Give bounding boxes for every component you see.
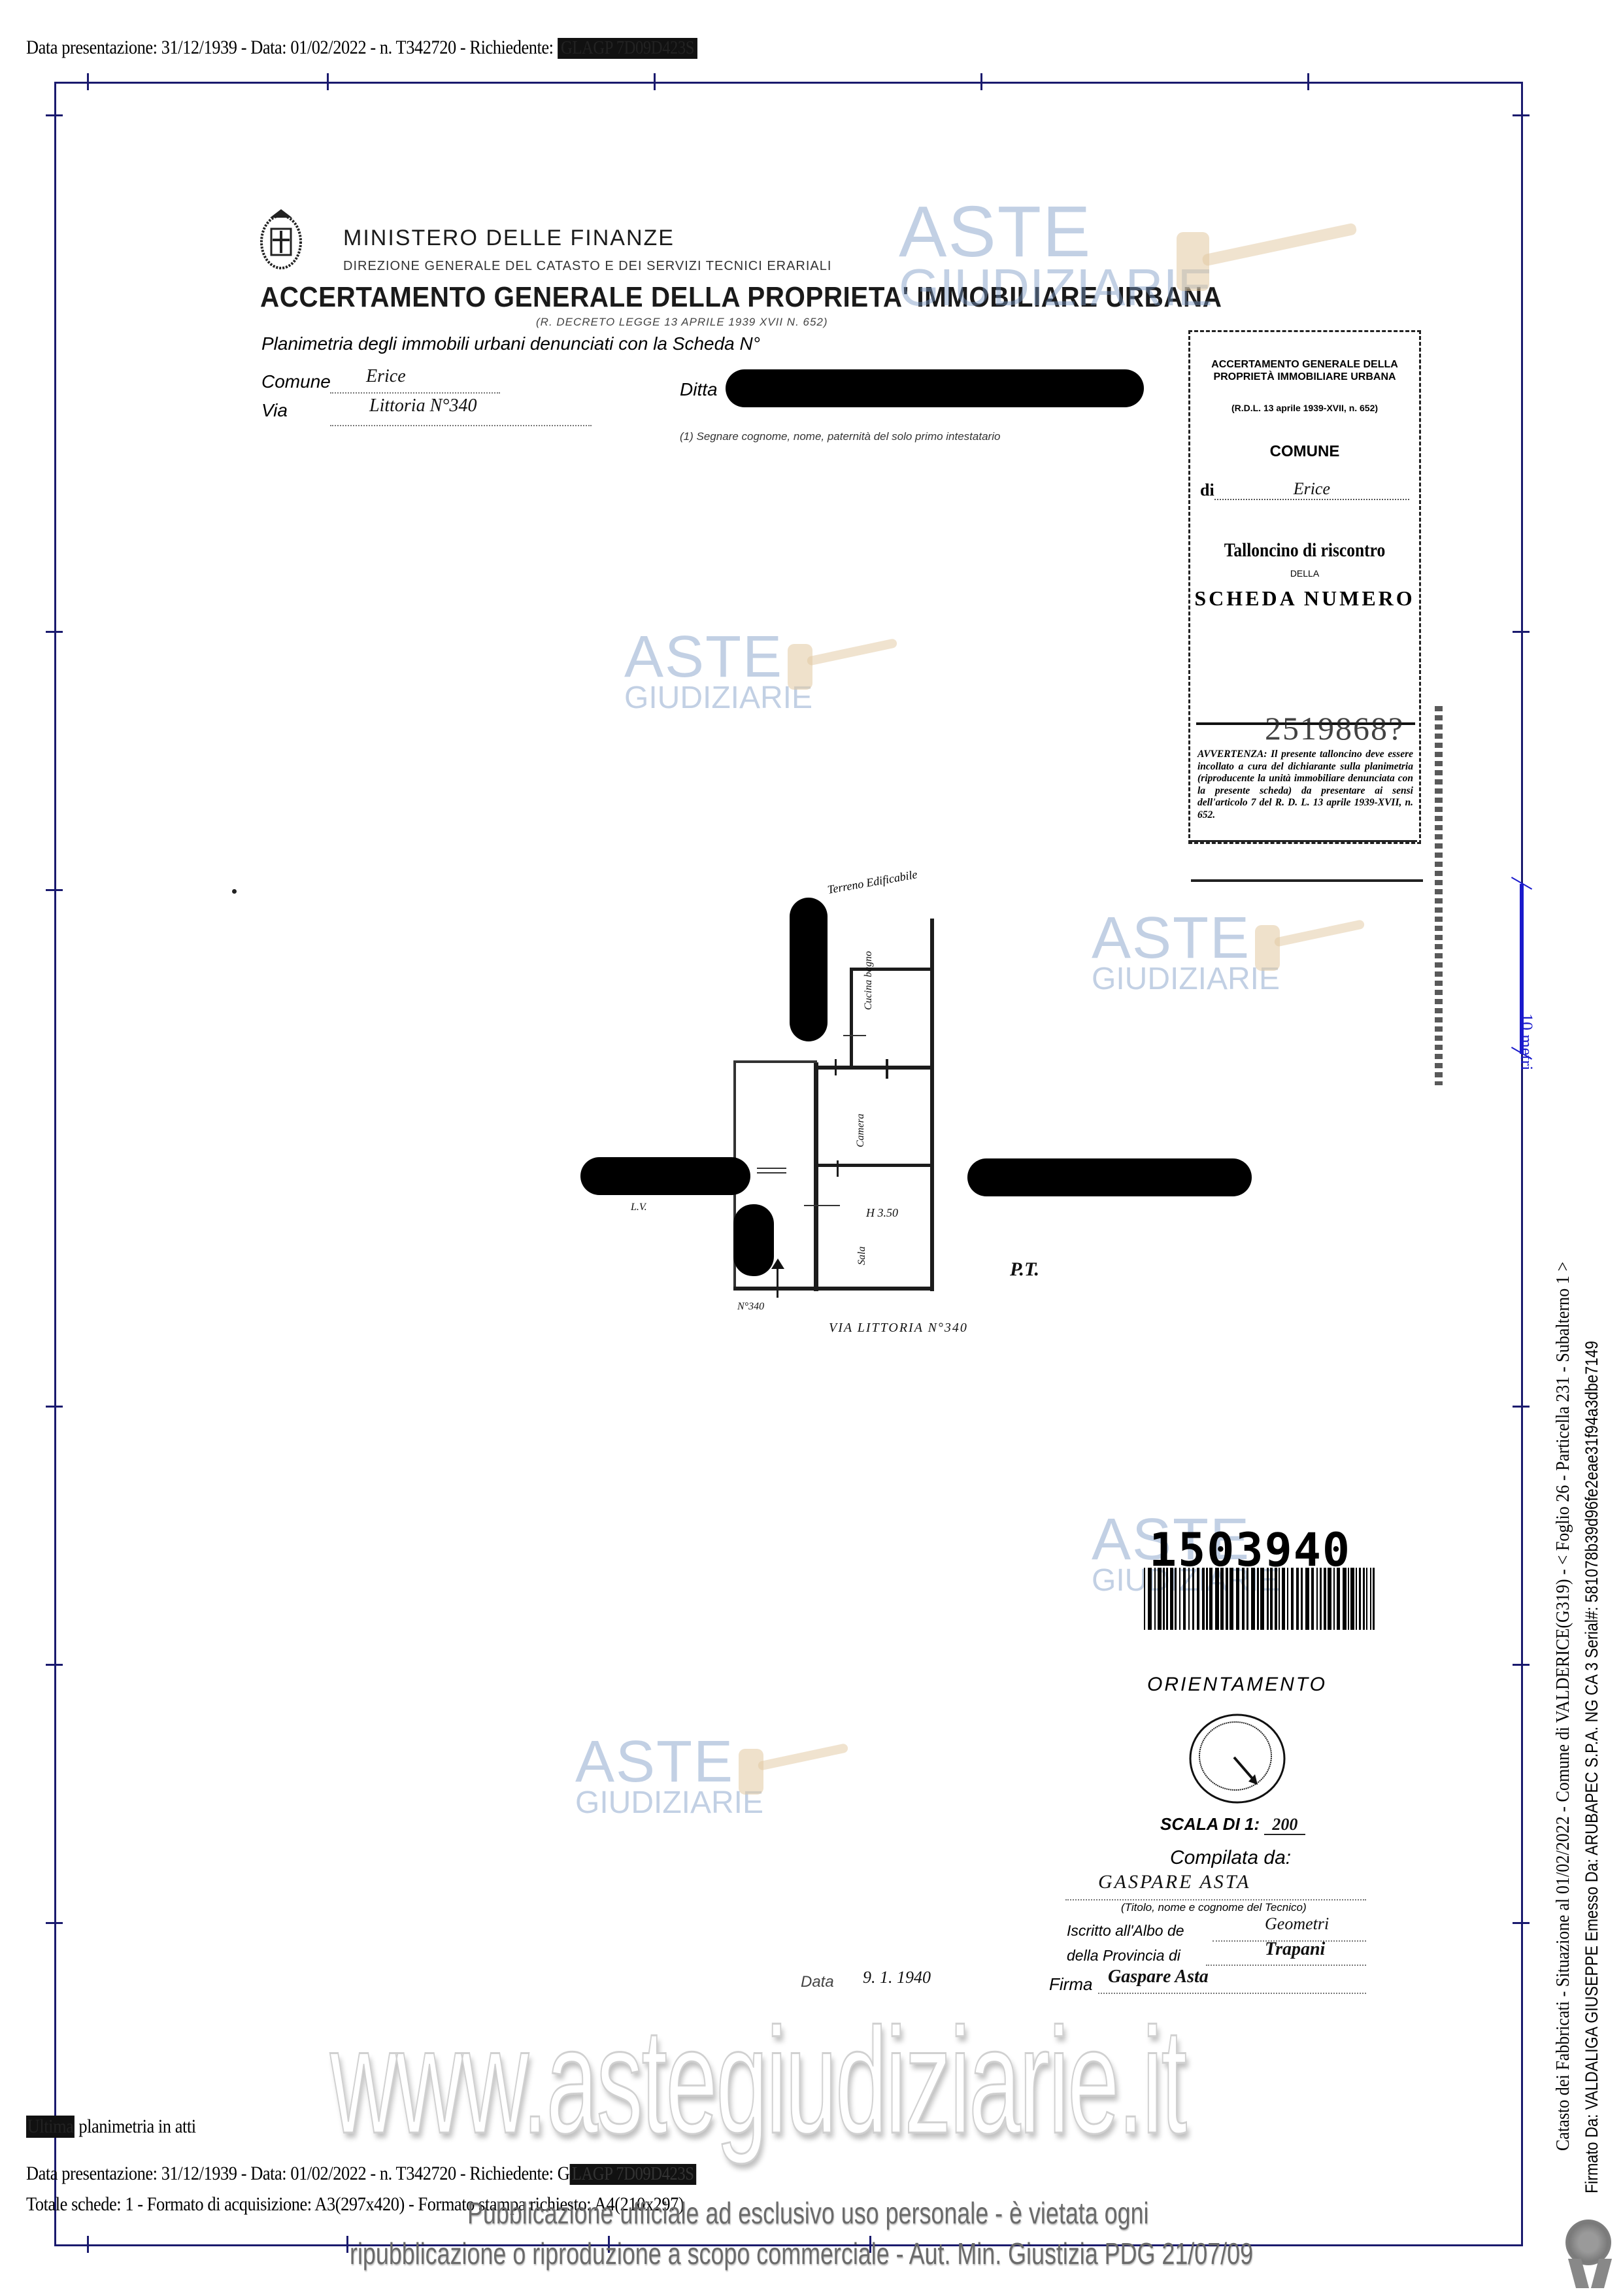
barcode-bar <box>1275 1568 1277 1630</box>
via-label: Via <box>261 400 288 421</box>
scale-bar-label: 10 metri <box>1516 1013 1536 1070</box>
frame-tick <box>46 1922 63 1924</box>
barcode-bar <box>1267 1568 1269 1630</box>
frame-tick <box>1513 1922 1530 1924</box>
wall <box>733 1287 933 1291</box>
floor-label: P.T. <box>1010 1258 1039 1281</box>
barcode-bar <box>1373 1568 1375 1630</box>
watermark-giudiziarie: GIUDIZIARIE <box>899 264 1213 311</box>
stamp-della: DELLA <box>1190 568 1419 579</box>
stamp-scheda-numero: SCHEDA NUMERO <box>1190 586 1419 611</box>
planimetria-label: Planimetria degli immobili urbani denunc… <box>261 333 760 354</box>
barcode-bar <box>1311 1568 1314 1630</box>
barcode-bar <box>1337 1568 1340 1630</box>
barcode-bar <box>1175 1568 1177 1630</box>
barcode-bar <box>1220 1568 1224 1630</box>
technician-name: GASPARE ASTA <box>1098 1871 1251 1893</box>
barcode-bar <box>1320 1568 1322 1630</box>
entrance-arrowhead-icon <box>771 1258 784 1269</box>
plan-status-text: planimetria in atti <box>78 2116 195 2137</box>
comune-label: Comune <box>261 371 331 392</box>
footer-line-1: Data presentazione: 31/12/1939 - Data: 0… <box>26 2163 696 2185</box>
comune-line <box>330 392 500 394</box>
barcode-bar <box>1188 1568 1190 1630</box>
watermark-aste: ASTE <box>575 1736 763 1789</box>
frame-tick <box>46 1664 63 1666</box>
barcode-bar <box>1343 1568 1347 1630</box>
room-label-camera: Camera <box>855 1113 867 1147</box>
barcode-bar <box>1197 1568 1199 1630</box>
street-label: VIA LITTORIA N°340 <box>829 1321 968 1336</box>
header-info: Data presentazione: 31/12/1939 - Data: 0… <box>26 37 697 59</box>
barcode-bar <box>1251 1568 1255 1630</box>
aste-watermark-logo: ASTE GIUDIZIARIE <box>624 631 812 712</box>
digital-signature-info: Firmato Da: VALDALIGA GIUSEPPE Emesso Da… <box>1582 1341 1602 2193</box>
frame-tick <box>1513 1664 1530 1666</box>
stamp-heading-2: PROPRIETÀ IMMOBILIARE URBANA <box>1190 371 1419 383</box>
stair-mark <box>757 1172 786 1173</box>
redacted-status: Ultima <box>26 2116 75 2138</box>
barcode-bar <box>1236 1568 1239 1630</box>
redaction-mark <box>967 1158 1252 1196</box>
barcode-bar <box>1366 1568 1367 1630</box>
technician-caption: (Titolo, nome e cognome del Tecnico) <box>1121 1901 1307 1914</box>
footer-redacted: LAGP 7D09D423S <box>569 2164 696 2185</box>
barcode-bar <box>1154 1568 1156 1630</box>
barcode-bar <box>1356 1568 1357 1630</box>
room-label-cucina: Cucina bagno <box>863 951 875 1010</box>
aste-watermark-logo: ASTE GIUDIZIARIE <box>899 199 1213 311</box>
barcode-bar <box>1363 1568 1365 1630</box>
barcode-bar <box>1316 1568 1318 1630</box>
barcode-bar <box>1230 1568 1233 1630</box>
footer-line-1-text: Data presentazione: 31/12/1939 - Data: 0… <box>26 2163 569 2184</box>
barcode-bar <box>1148 1568 1152 1630</box>
barcode-bar <box>1192 1568 1194 1630</box>
gavel-icon <box>1255 925 1280 971</box>
watermark-aste: ASTE <box>1092 912 1280 965</box>
cadastral-info: Catasto dei Fabbricati - Situazione al 0… <box>1552 1262 1574 2151</box>
watermark-aste: ASTE <box>899 199 1213 264</box>
stamp-lower-line <box>1191 879 1423 882</box>
frame-tick <box>87 73 89 90</box>
frame-tick <box>46 631 63 633</box>
barcode-bar <box>1296 1568 1299 1630</box>
barcode-bar <box>1242 1568 1245 1630</box>
barcode-bar <box>1370 1568 1371 1630</box>
barcode-bar <box>1359 1568 1361 1630</box>
stamp-di-label: di <box>1200 481 1214 500</box>
redaction-mark <box>733 1204 774 1276</box>
firma-label: Firma <box>1049 1974 1092 1995</box>
barcode-bar <box>1247 1568 1248 1630</box>
frame-tick <box>1307 73 1309 90</box>
wall <box>930 919 934 1291</box>
barcode-bar <box>1179 1568 1180 1630</box>
stamp-decree: (R.D.L. 13 aprile 1939-XVII, n. 652) <box>1190 403 1419 413</box>
wall <box>814 1062 818 1291</box>
technician-line <box>1065 1899 1366 1900</box>
scale-label: SCALA DI 1: 200 <box>1160 1814 1305 1834</box>
barcode-bar <box>1260 1568 1264 1630</box>
data-value: 9. 1. 1940 <box>863 1968 931 1987</box>
room-height-note: H 3.50 <box>866 1206 898 1220</box>
barcode-bar <box>1291 1568 1294 1630</box>
watermark-giudiziarie: GIUDIZIARIE <box>1092 965 1280 993</box>
redaction-mark <box>790 898 828 1041</box>
provincia-line <box>1206 1965 1366 1966</box>
watermark-giudiziarie: GIUDIZIARIE <box>575 1789 763 1817</box>
barcode-bar <box>1324 1568 1326 1630</box>
provincia-value: Trapani <box>1265 1939 1325 1960</box>
ministry-emblem-icon <box>258 206 304 271</box>
stair-mark <box>757 1168 786 1169</box>
stamp-heading-1: ACCERTAMENTO GENERALE DELLA <box>1190 358 1419 371</box>
barcode-bar <box>1170 1568 1173 1630</box>
redacted-requester: GLAGP 7D09D423S <box>558 38 698 59</box>
frame-tick <box>87 2236 89 2253</box>
frame-tick <box>46 1406 63 1408</box>
footnote-text: (1) Segnare cognome, nome, paternità del… <box>680 430 1000 443</box>
aste-watermark-logo: ASTE GIUDIZIARIE <box>1092 912 1280 993</box>
compass-icon <box>1188 1713 1286 1804</box>
barcode-bar <box>1163 1568 1165 1630</box>
room-label-sala: Sala <box>856 1247 868 1265</box>
publication-notice-1: Pubblicazione ufficiale ad esclusivo uso… <box>467 2195 1149 2231</box>
gavel-icon <box>739 1749 763 1795</box>
aste-watermark-logo: ASTE GIUDIZIARIE <box>575 1736 763 1817</box>
entrance-label: N°340 <box>737 1301 764 1313</box>
scan-dot <box>232 889 237 894</box>
gavel-icon <box>788 644 812 690</box>
albo-label: Iscritto all'Albo de <box>1067 1922 1184 1940</box>
barcode-bar <box>1215 1568 1219 1630</box>
frame-tick <box>346 2236 348 2253</box>
compilata-label: Compilata da: <box>1170 1847 1291 1869</box>
provincia-label: della Provincia di <box>1067 1947 1180 1965</box>
ministry-name: MINISTERO DELLE FINANZE <box>343 226 675 251</box>
wall <box>818 1164 933 1167</box>
frame-tick <box>654 73 656 90</box>
door-mark <box>837 1160 839 1177</box>
barcode-bar <box>1279 1568 1280 1630</box>
frame-tick <box>46 889 63 891</box>
via-line <box>330 425 592 426</box>
plan-status: Ultima planimetria in atti <box>26 2116 196 2138</box>
scan-edge-shadow <box>1435 706 1443 1085</box>
stamp-bottom-border <box>1188 840 1417 842</box>
frame-tick <box>980 73 982 90</box>
door-mark <box>835 1059 837 1075</box>
stamp-comune-label: COMUNE <box>1190 443 1419 461</box>
barcode <box>1144 1568 1376 1630</box>
frame-tick <box>46 114 63 116</box>
firma-value: Gaspare Asta <box>1108 1967 1209 1987</box>
stamp-number: 2519868? <box>1265 709 1404 747</box>
frame-tick <box>327 73 329 90</box>
barcode-bar <box>1301 1568 1303 1630</box>
barcode-bar <box>1305 1568 1309 1630</box>
scale-value: 200 <box>1264 1815 1305 1835</box>
publication-notice-2: ripubblicazione o riproduzione a scopo c… <box>350 2236 1253 2271</box>
barcode-bar <box>1270 1568 1273 1630</box>
frame-tick <box>1513 114 1530 116</box>
barcode-bar <box>1287 1568 1288 1630</box>
wall <box>850 968 853 1067</box>
orientation-title: ORIENTAMENTO <box>1147 1674 1327 1696</box>
barcode-bar <box>1166 1568 1168 1630</box>
via-value: Littoria N°340 <box>369 396 477 416</box>
stamp-di-value: Erice <box>1214 479 1409 500</box>
albo-value: Geometri <box>1265 1914 1329 1934</box>
barcode-bar <box>1183 1568 1186 1630</box>
stamp-avvertenza: AVVERTENZA: Il presente talloncino deve … <box>1197 749 1413 822</box>
scale-label-text: SCALA DI 1: <box>1160 1814 1260 1834</box>
wall <box>814 1066 933 1070</box>
barcode-bar <box>1158 1568 1162 1630</box>
plan-left-mark: L.V. <box>631 1202 647 1213</box>
redacted-owner <box>726 369 1144 407</box>
barcode-bar <box>1226 1568 1228 1630</box>
barcode-bar <box>1328 1568 1331 1630</box>
barcode-bar <box>1348 1568 1349 1630</box>
decree-text: (R. DECRETO LEGGE 13 APRILE 1939 XVII N.… <box>536 316 828 329</box>
frame-tick <box>1513 631 1530 633</box>
entrance-arrow-icon <box>777 1265 778 1298</box>
watermark-giudiziarie: GIUDIZIARIE <box>624 684 812 712</box>
frame-tick <box>1513 1406 1530 1408</box>
comune-value: Erice <box>366 366 406 387</box>
barcode-bar <box>1333 1568 1335 1630</box>
barcode-bar <box>1282 1568 1285 1630</box>
ditta-label: Ditta <box>680 379 718 400</box>
stamp-talloncino: Talloncino di riscontro <box>1207 539 1402 562</box>
redaction-mark <box>580 1157 750 1195</box>
header-text: Data presentazione: 31/12/1939 - Data: 0… <box>26 37 554 58</box>
watermark-aste: ASTE <box>624 631 812 684</box>
barcode-bar <box>1202 1568 1205 1630</box>
barcode-bar <box>1257 1568 1259 1630</box>
barcode-bar <box>1350 1568 1354 1630</box>
direzione-text: DIREZIONE GENERALE DEL CATASTO E DEI SER… <box>343 259 831 274</box>
door-mark <box>886 1059 888 1079</box>
website-watermark: www.astegiudiziarie.it <box>330 1994 1186 2167</box>
barcode-bar <box>1209 1568 1213 1630</box>
door-mark <box>843 1035 866 1036</box>
barcode-bar <box>1144 1568 1145 1630</box>
barcode-bar <box>1206 1568 1208 1630</box>
data-label: Data <box>801 1973 834 1991</box>
door-mark <box>804 1205 840 1206</box>
wall <box>733 1060 817 1063</box>
